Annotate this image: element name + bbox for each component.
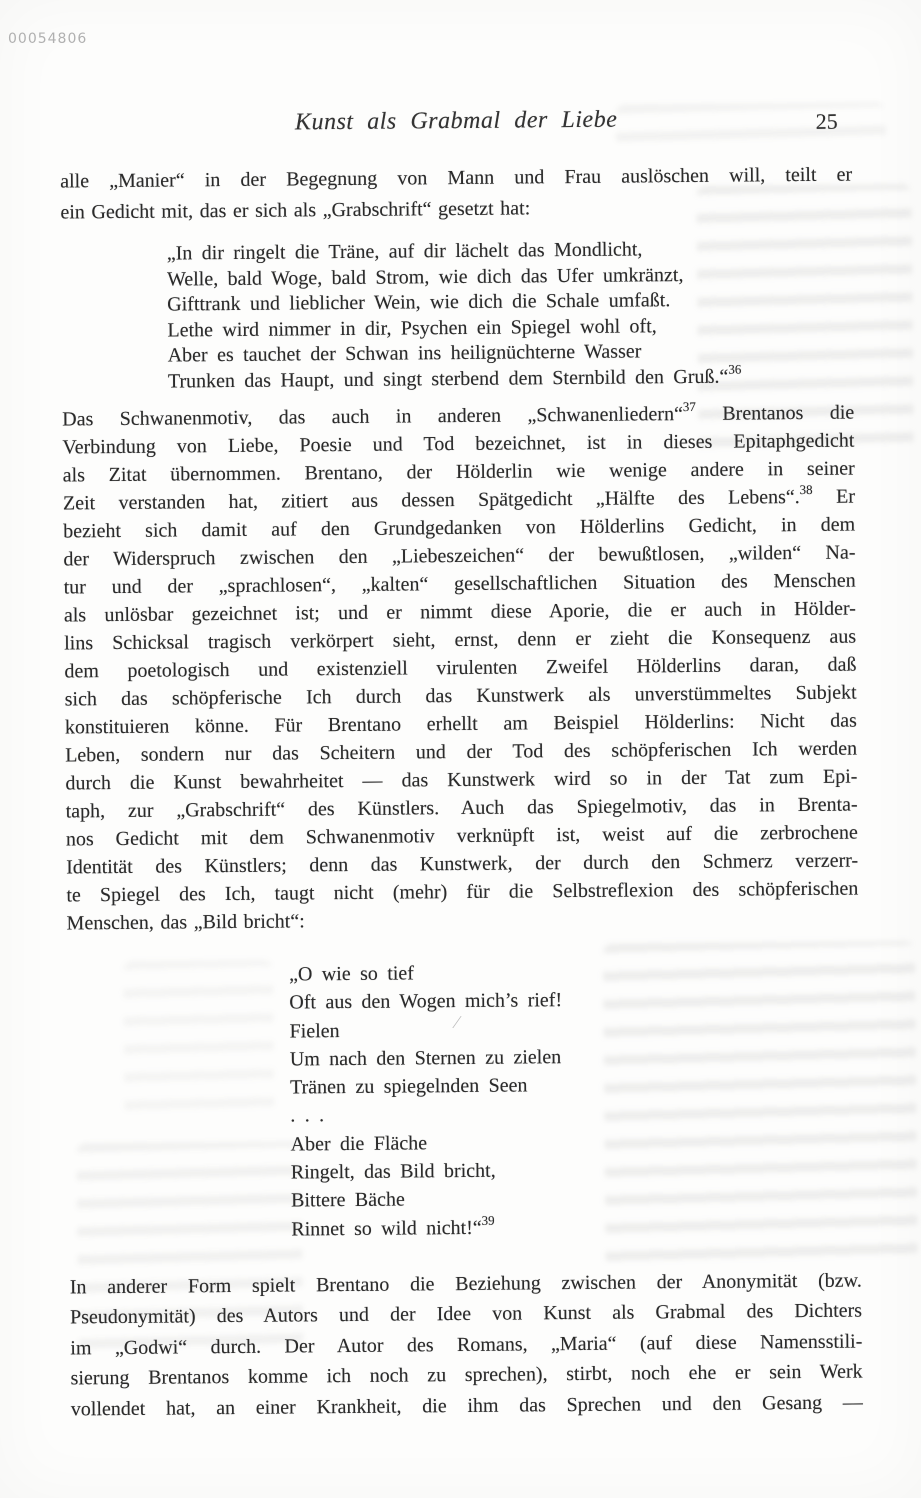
verse-line: Rinnet so wild nicht!“39 [291,1210,861,1243]
text-line: vollendet hat, an einer Krankheit, die i… [71,1387,863,1424]
verse-block-epitaph: „In dir ringelt die Träne, auf dir läche… [167,236,854,395]
paragraph-main: Das Schwanenmotiv, das auch in anderen „… [62,399,859,938]
text-body: alle „Manier“ in der Begegnung von Mann … [60,160,863,1425]
text-line: Menschen, das „Bild bricht“: [67,903,859,938]
paragraph-godwi: In anderer Form spielt Brentano die Bezi… [70,1265,863,1424]
bleed-through-smudge [616,102,886,146]
text-line: ein Gedicht mit, das er sich als „Grabsc… [60,191,852,229]
paragraph-intro: alle „Manier“ in der Begegnung von Mann … [60,160,853,229]
verse-block-bild-bricht: „O wie so tiefOft aus den Wogen mich’s r… [289,956,861,1244]
printed-page-content: Kunst als Grabmal der Liebe 25 ⁄ alle „M… [0,0,921,1498]
verse-line: Trunken das Haupt, und singt sterbend de… [168,363,854,394]
scanned-book-page: 00054806 Kunst als Grabmal der Liebe 25 … [0,0,921,1498]
